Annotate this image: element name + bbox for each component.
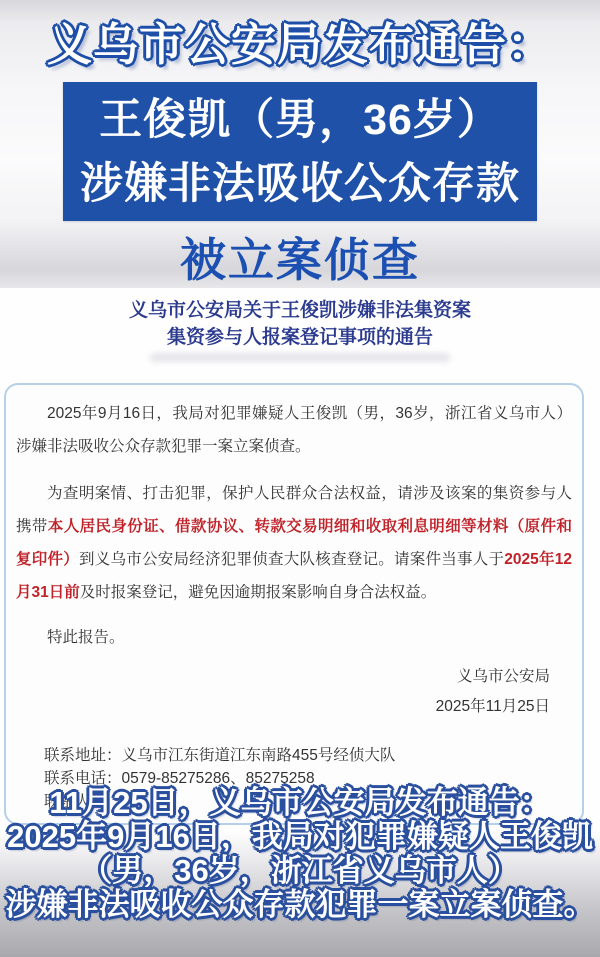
headline-banner: 王俊凯（男，36岁） 涉嫌非法吸收公众存款 [63,82,537,221]
notice-paragraph-2: 为查明案情、打击犯罪，保护人民群众合法权益，请涉及该案的集资参与人携带本人居民身… [16,477,572,609]
banner-line-2: 涉嫌非法吸收公众存款 [80,152,520,216]
issue-date: 2025年11月25日 [16,692,550,722]
notice-heading-line-2: 集资参与人报案登记事项的通告 [0,324,600,351]
official-notice-document: 2025年9月16日，我局对犯罪嫌疑人王俊凯（男，36岁，浙江省义乌市人）涉嫌非… [4,383,584,825]
caption-overlay: 11月25日，义乌市公安局发布通告： 2025年9月16日，我局对犯罪嫌疑人王俊… [0,786,600,922]
headline-title: 义乌市公安局发布通告： [0,8,600,73]
contact-address: 联系地址：义乌市江东街道江东南路455号经侦大队 [44,744,572,767]
caption-line-4: 涉嫌非法吸收公众存款犯罪一案立案侦查。 [0,888,600,922]
caption-line-3: （男，36岁，浙江省义乌市人） [0,854,600,888]
notice-heading: 义乌市公安局关于王俊凯涉嫌非法集资案 集资参与人报案登记事项的通告 [0,297,600,351]
banner-line-1: 王俊凯（男，36岁） [99,88,501,152]
caption-line-2: 2025年9月16日，我局对犯罪嫌疑人王俊凯 [0,820,600,854]
blurred-watermark [150,353,450,362]
para2-text: 及时报案登记，避免因逾期报案影响自身合法权益。 [80,584,437,601]
signature-block: 义乌市公安局 2025年11月25日 [16,662,572,722]
notice-paragraph-1: 2025年9月16日，我局对犯罪嫌疑人王俊凯（男，36岁，浙江省义乌市人）涉嫌非… [16,397,572,463]
notice-closing: 特此报告。 [16,621,572,654]
issuing-authority: 义乌市公安局 [16,662,550,692]
notice-heading-line-1: 义乌市公安局关于王俊凯涉嫌非法集资案 [0,297,600,324]
para2-text: 到义乌市公安局经济犯罪侦查大队核查登记。请案件当事人于 [79,551,504,568]
caption-line-1: 11月25日，义乌市公安局发布通告： [0,786,600,820]
headline-subtitle: 被立案侦查 [0,224,600,290]
news-card: 义乌市公安局发布通告： 王俊凯（男，36岁） 涉嫌非法吸收公众存款 被立案侦查 … [0,0,600,957]
